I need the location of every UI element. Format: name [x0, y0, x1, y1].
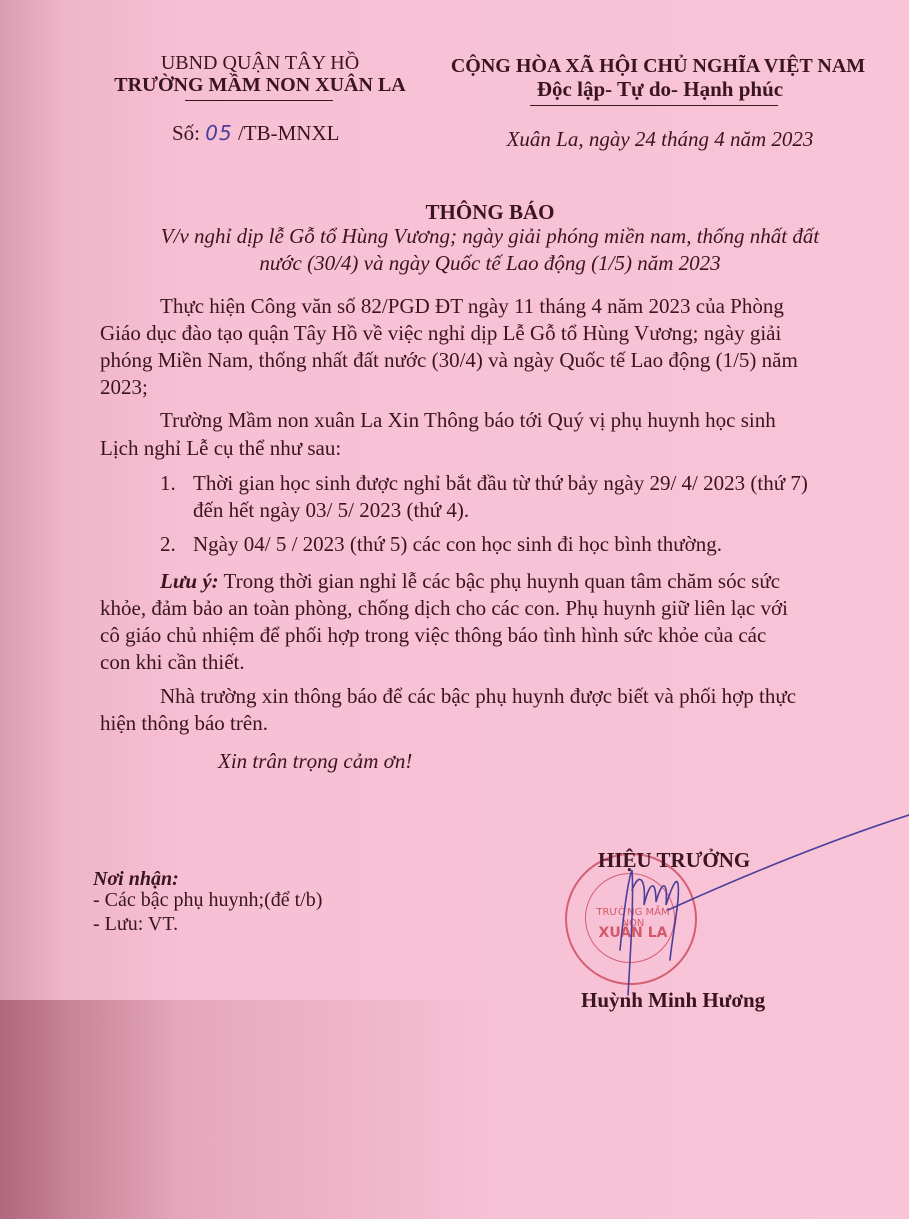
document-subject-line-1: V/v nghỉ dịp lễ Gỗ tổ Hùng Vương; ngày g… — [100, 224, 880, 249]
national-motto: Độc lập- Tự do- Hạnh phúc — [470, 77, 850, 102]
list-item-number: 1. — [160, 471, 176, 496]
school-name: TRƯỜNG MẦM NON XUÂN LA — [110, 74, 410, 97]
note-line: con khi cần thiết. — [100, 650, 245, 675]
note-text: Trong thời gian nghỉ lễ các bậc phụ huyn… — [219, 569, 780, 593]
number-prefix: Số: — [172, 121, 200, 145]
note-line: khỏe, đảm bảo an toàn phòng, chống dịch … — [100, 596, 788, 621]
recipient-item: - Lưu: VT. — [93, 913, 178, 936]
country-name: CỘNG HÒA XÃ HỘI CHỦ NGHĨA VIỆT NAM — [448, 55, 868, 78]
paragraph-1-line: Giáo dục đào tạo quận Tây Hồ về việc ngh… — [100, 321, 781, 346]
school-underline — [185, 100, 333, 101]
number-handwritten: 05 — [205, 121, 232, 145]
paragraph-1-line: phóng Miền Nam, thống nhất đất nước (30/… — [100, 348, 798, 373]
closing-line: hiện thông báo trên. — [100, 711, 268, 736]
note-first-line: Lưu ý: Trong thời gian nghỉ lễ các bậc p… — [160, 569, 780, 594]
recipients-label: Nơi nhận: — [93, 868, 179, 891]
list-item-number: 2. — [160, 532, 176, 557]
thanks-line: Xin trân trọng cảm ơn! — [218, 749, 412, 774]
recipient-item: - Các bậc phụ huynh;(để t/b) — [93, 889, 322, 912]
list-item-line: Thời gian học sinh được nghỉ bắt đầu từ … — [193, 471, 808, 496]
paper-shadow-bottom — [0, 1000, 909, 1219]
document-number: Số: 05 /TB-MNXL — [172, 121, 339, 146]
motto-underline — [530, 105, 778, 106]
closing-line: Nhà trường xin thông báo để các bậc phụ … — [160, 684, 796, 709]
paragraph-1-line: Thực hiện Công văn số 82/PGD ĐT ngày 11 … — [160, 294, 784, 319]
number-suffix: /TB-MNXL — [238, 121, 340, 145]
document-subject-line-2: nước (30/4) và ngày Quốc tế Lao động (1/… — [100, 251, 880, 276]
paragraph-2-line: Lịch nghỉ Lễ cụ thể như sau: — [100, 436, 341, 461]
note-line: cô giáo chủ nhiệm để phối hợp trong việc… — [100, 623, 766, 648]
list-item-line: Ngày 04/ 5 / 2023 (thứ 5) các con học si… — [193, 532, 722, 557]
paragraph-2-line: Trường Mầm non xuân La Xin Thông báo tới… — [160, 408, 776, 433]
note-label: Lưu ý: — [160, 569, 219, 593]
paragraph-1-line: 2023; — [100, 375, 148, 400]
document-title: THÔNG BÁO — [100, 200, 880, 225]
handwritten-signature-icon — [600, 810, 909, 1010]
signatory-name: Huỳnh Minh Hương — [581, 988, 765, 1013]
authority-name: UBND QUẬN TÂY HỒ — [140, 52, 380, 75]
paper-shadow-left — [0, 0, 60, 1219]
list-item-line: đến hết ngày 03/ 5/ 2023 (thứ 4). — [193, 498, 469, 523]
place-date: Xuân La, ngày 24 tháng 4 năm 2023 — [450, 127, 870, 152]
